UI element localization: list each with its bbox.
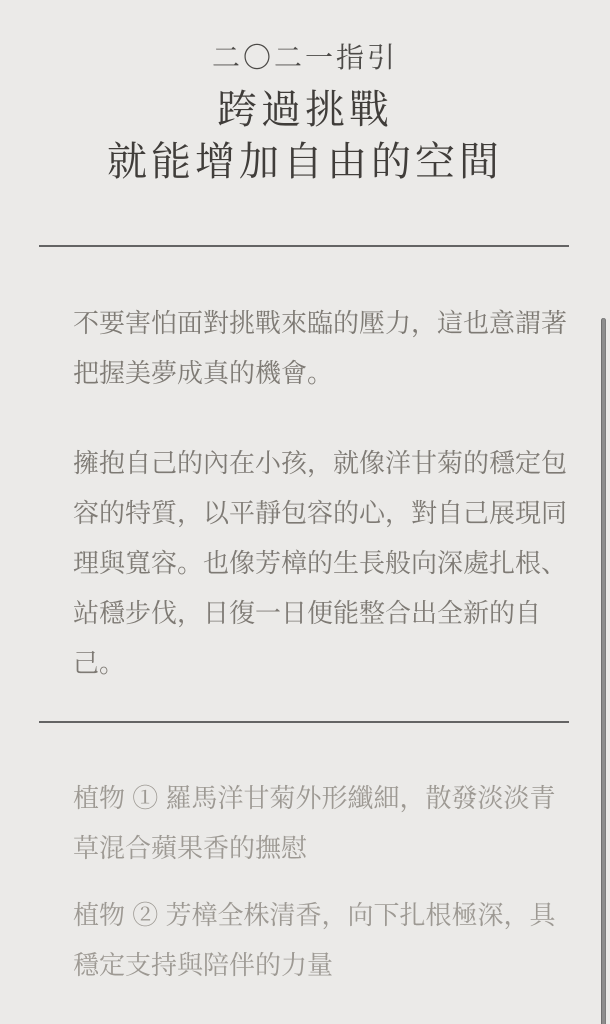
divider-top	[39, 245, 569, 247]
body-paragraph: 不要害怕面對挑戰來臨的壓力，這也意謂著把握美夢成真的機會。	[73, 298, 572, 398]
page-title: 跨過挑戰 就能增加自由的空間	[0, 84, 610, 188]
plant-note-1: 植物 ① 羅馬洋甘菊外形纖細，散發淡淡青草混合蘋果香的撫慰	[73, 773, 572, 873]
scrollbar-thumb[interactable]	[601, 318, 606, 1024]
kicker-heading: 二〇二一指引	[0, 36, 610, 76]
page-title-line1: 跨過挑戰	[0, 84, 610, 136]
page-title-line2: 就能增加自由的空間	[0, 136, 610, 188]
plant-note-2: 植物 ② 芳樟全株清香，向下扎根極深，具穩定支持與陪伴的力量	[73, 890, 572, 990]
body-paragraph: 擁抱自己的內在小孩，就像洋甘菊的穩定包容的特質，以平靜包容的心，對自己展現同理與…	[73, 438, 572, 688]
divider-bottom	[39, 721, 569, 723]
body-text: 不要害怕面對挑戰來臨的壓力，這也意謂著把握美夢成真的機會。 擁抱自己的內在小孩，…	[73, 298, 572, 688]
plant-notes: 植物 ① 羅馬洋甘菊外形纖細，散發淡淡青草混合蘋果香的撫慰 植物 ② 芳樟全株清…	[73, 773, 572, 990]
guidance-page: 二〇二一指引 跨過挑戰 就能增加自由的空間 不要害怕面對挑戰來臨的壓力，這也意謂…	[0, 0, 610, 1024]
